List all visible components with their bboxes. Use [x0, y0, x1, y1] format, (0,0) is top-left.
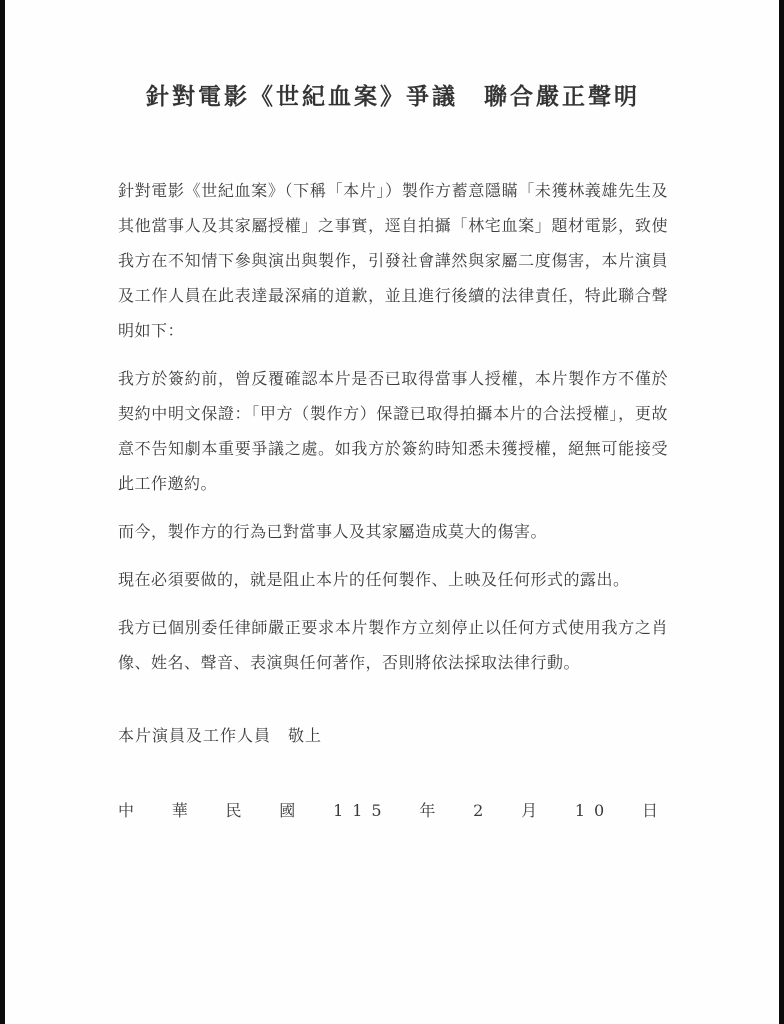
statement-paragraph-3: 而今，製作方的行為已對當事人及其家屬造成莫大的傷害。 — [118, 514, 668, 549]
date-year-label: 年 — [419, 798, 435, 821]
date-char: 中 — [118, 798, 134, 821]
document-page: 針對電影《世紀血案》爭議 聯合嚴正聲明 針對電影《世紀血案》（下稱「本片」）製作… — [5, 0, 779, 1024]
date-day: 10 — [575, 801, 613, 820]
date-char: 民 — [226, 798, 242, 821]
date-line: 中 華 民 國 115 年 2 月 10 日 — [118, 798, 658, 821]
statement-body: 針對電影《世紀血案》（下稱「本片」）製作方蓄意隱瞞「未獲林義雄先生及其他當事人及… — [118, 173, 668, 680]
date-char: 國 — [279, 798, 295, 821]
statement-paragraph-5: 我方已個別委任律師嚴正要求本片製作方立刻停止以任何方式使用我方之肖像、姓名、聲音… — [118, 610, 668, 680]
date-month: 2 — [473, 801, 492, 820]
date-year: 115 — [333, 801, 391, 820]
statement-paragraph-1: 針對電影《世紀血案》（下稱「本片」）製作方蓄意隱瞞「未獲林義雄先生及其他當事人及… — [118, 173, 668, 348]
date-day-label: 日 — [642, 798, 658, 821]
date-month-label: 月 — [521, 798, 537, 821]
date-char: 華 — [172, 798, 188, 821]
statement-paragraph-4: 現在必須要做的，就是阻止本片的任何製作、上映及任何形式的露出。 — [118, 562, 668, 597]
statement-paragraph-2: 我方於簽約前，曾反覆確認本片是否已取得當事人授權，本片製作方不僅於契約中明文保證… — [118, 361, 668, 501]
signature-line: 本片演員及工作人員 敬上 — [118, 723, 668, 746]
page-title: 針對電影《世紀血案》爭議 聯合嚴正聲明 — [118, 78, 668, 111]
